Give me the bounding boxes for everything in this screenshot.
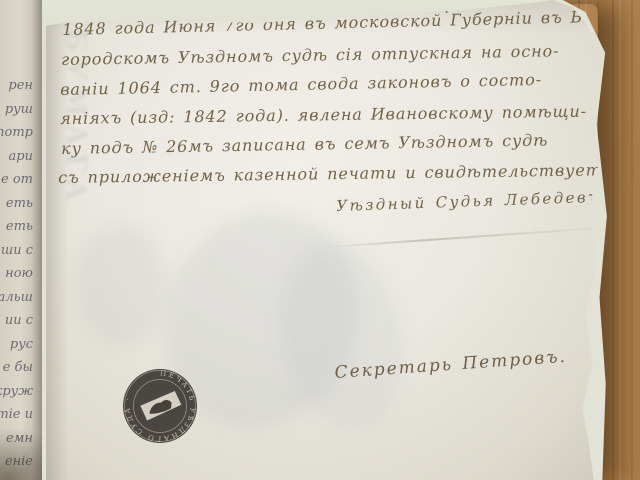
handwriting-line-4: яніяхъ (изд: 1842 года). явлена Ивановск… [60,102,587,128]
handwriting-line-6: съ приложеніемъ казенной печати и свидѣт… [58,160,613,187]
left-page: рен руш потр ари е от еть еть ши с ною а… [0,0,46,480]
document-page: БУМАГА 120 ч 1848 года Июня 7го дня въ м… [46,0,606,480]
left-page-fragment: еть [0,215,33,239]
paper-crease-line [326,226,615,248]
judge-signature: Уѣздный Судья Лебедевъ [336,188,601,215]
left-page-fragment: тіе и [0,403,33,427]
official-seal: ПЕЧАТЬ УѢЗДНАГО СУДА · [120,366,200,446]
left-page-fragment: ши с [0,239,33,263]
handwriting-line-3: ваніи 1064 ст. 9го тома свода законовъ о… [60,70,542,99]
watermark-blob [76,225,166,345]
left-page-fragment: еть [0,192,33,216]
left-page-text: рен руш потр ари е от еть еть ши с ною а… [0,74,33,474]
left-page-fragment: потр [0,121,33,145]
photo-scene: рен руш потр ари е от еть еть ши с ною а… [0,0,640,480]
handwriting-line-5: ку подъ № 26мъ записана въ семъ Уѣздномъ… [61,130,548,157]
left-page-fragment: е бы [0,356,33,380]
left-page-fragment: рен [0,74,33,98]
handwriting-line-2: городскомъ Уѣздномъ судѣ сія отпускная н… [61,41,560,69]
left-page-fragment: е от [0,168,33,192]
left-page-fragment: руш [0,98,33,122]
left-page-fragment: круж [0,380,33,404]
left-page-fragment: ною [0,262,33,286]
left-page-fragment: ии с [0,309,33,333]
left-page-fragment: ари [0,145,33,169]
left-page-fragment: рус [0,333,33,357]
left-page-fragment: альш [0,286,33,310]
